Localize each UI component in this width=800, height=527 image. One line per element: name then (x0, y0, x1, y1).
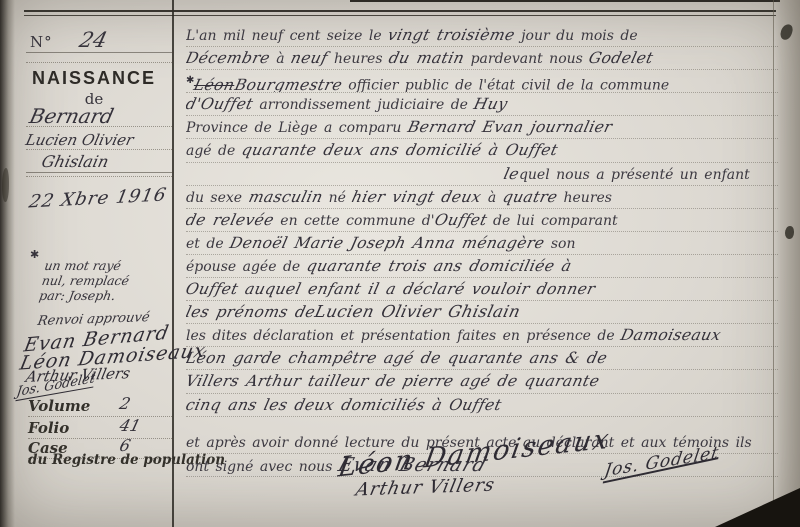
margin-date: 22 Xbre 1916 (27, 184, 168, 212)
rule (26, 126, 174, 127)
printed-text: du sexe (186, 190, 249, 206)
printed-text: et de (186, 236, 230, 252)
marginal-note-line: nul, remplacé (41, 273, 131, 288)
printed-text: en cette commune d' (274, 213, 435, 229)
marginal-note-line: un mot rayé (43, 258, 133, 273)
handwritten-text: les prénoms de (186, 301, 318, 323)
printed-text: son (544, 236, 575, 252)
printed-text: L'an mil neuf cent seize le (186, 28, 388, 44)
handwritten-text: Bernard Evan journalier (405, 116, 614, 138)
margin-column: N° 24 NAISSANCE de Bernard Lucien Olivie… (16, 0, 172, 527)
handwritten-text: Bourgmestre (232, 74, 344, 94)
printed-text: né (322, 190, 352, 206)
binding-shadow (0, 0, 15, 527)
handwritten-text: Damoiseaux (619, 324, 724, 346)
marginal-note: un mot rayé nul, remplacé par: Joseph. (38, 258, 133, 303)
printed-text: ont signé avec nous (186, 459, 339, 475)
printed-text: épouse agée de (186, 259, 307, 275)
act-line: Province de Liège a comparu Bernard Evan… (186, 116, 778, 139)
printed-text: agé de (186, 143, 242, 159)
printed-text: à (481, 190, 502, 206)
folio-label: Folio (28, 419, 69, 437)
rule (26, 172, 174, 173)
handwritten-text: quarante deux ans domicilié à Ouffet (239, 139, 560, 161)
printed-text: heures (328, 51, 389, 67)
handwritten-text: quatre (500, 186, 559, 208)
rule (26, 176, 174, 177)
printed-text: à (270, 51, 291, 67)
act-body: L'an mil neuf cent seize le vingt troisi… (186, 24, 778, 477)
rule (26, 52, 174, 53)
act-line: Villers Arthur tailleur de pierre agé de… (186, 370, 778, 393)
act-line: cinq ans les deux domiciliés à Ouffet (186, 394, 778, 417)
act-line: ✱Léon Bourgmestre officier public de l'é… (186, 70, 778, 93)
act-line: les prénoms de Lucien Olivier Ghislain (186, 301, 778, 324)
printed-text: les dites déclaration et présentation fa… (186, 328, 621, 344)
volume-value: 2 (118, 394, 133, 413)
printed-text: Province de Liège a comparu (186, 120, 408, 136)
marginal-note-line: par: Joseph. (38, 288, 128, 303)
handwritten-text: de relevée (186, 209, 276, 231)
act-line: de relevée en cette commune d'Ouffet de … (186, 209, 778, 232)
handwritten-text: Denoël Marie Joseph Anna ménagère (228, 232, 547, 254)
act-line: les dites déclaration et présentation fa… (186, 324, 778, 347)
handwritten-text: du matin (386, 47, 466, 69)
handwritten-text: hier vingt deux (350, 186, 484, 208)
printed-text: arrondissement judiciaire de (253, 97, 474, 113)
signature-villers: Arthur Villers (354, 474, 497, 500)
handwritten-text: d'Ouffet (186, 93, 256, 115)
child-forenames: Lucien Olivier (24, 131, 178, 149)
handwritten-text: neuf (289, 47, 331, 69)
ink-spot (2, 168, 9, 202)
rule (26, 62, 174, 63)
child-forenames-2: Ghislain (40, 152, 194, 171)
ink-spot (785, 226, 794, 239)
printed-text: jour du mois de (515, 28, 638, 44)
act-line: du sexe masculin né hier vingt deux à qu… (186, 186, 778, 209)
act-line: Ouffet auquel enfant il a déclaré vouloi… (186, 278, 778, 301)
folio-row: Folio 41 (28, 418, 174, 439)
handwritten-text: Godelet (587, 47, 656, 69)
handwritten-text: Décembre (186, 47, 272, 69)
volume-row: Volume 2 (28, 396, 174, 417)
printed-text: quel nous a présenté un enfant (519, 167, 750, 183)
act-type-title: NAISSANCE (16, 68, 172, 89)
act-line: Décembre à neuf heures du matin pardevan… (186, 47, 778, 70)
handwritten-text: Ouffet (432, 209, 489, 231)
act-line: d'Ouffet arrondissement judiciaire de Hu… (186, 93, 778, 116)
handwritten-text: Ouffet auquel enfant il a déclaré vouloi… (186, 278, 598, 300)
register-page: N° 24 NAISSANCE de Bernard Lucien Olivie… (0, 0, 800, 527)
act-line: Léon garde champêtre agé de quarante ans… (186, 347, 778, 370)
printed-text: heures (557, 190, 612, 206)
handwritten-text: Huy (472, 93, 511, 115)
child-surname: Bernard (27, 104, 183, 128)
rule (26, 149, 174, 150)
act-number-row: N° 24 (30, 28, 170, 52)
correction-mark-icon: ✱ (30, 248, 39, 261)
printed-text: de lui comparant (487, 213, 618, 229)
act-line: et de Denoël Marie Joseph Anna ménagère … (186, 232, 778, 255)
handwritten-text: masculin (246, 186, 325, 208)
act-line: agé de quarante deux ans domicilié à Ouf… (186, 139, 778, 162)
top-border-line (350, 0, 780, 2)
handwritten-text: Lucien Olivier Ghislain (313, 301, 523, 323)
folio-value: 41 (118, 416, 143, 435)
volume-label: Volume (28, 397, 90, 415)
act-number-value: 24 (77, 28, 110, 52)
printed-text: officier public de l'état civil de la co… (342, 78, 669, 94)
handwritten-text: vingt troisième (386, 24, 518, 46)
handwritten-text: quarante trois ans domiciliée à (304, 255, 574, 277)
handwritten-text: Villers Arthur tailleur de pierre agé de… (186, 370, 602, 392)
act-number-label: N° (30, 33, 53, 51)
handwritten-text: Léon (192, 74, 237, 94)
handwritten-text: Léon garde champêtre agé de quarante ans… (186, 347, 610, 369)
handwritten-text: cinq ans les deux domiciliés à Ouffet (186, 394, 504, 416)
act-line: le quel nous a présenté un enfant (186, 163, 778, 186)
act-line: L'an mil neuf cent seize le vingt troisi… (186, 24, 778, 47)
act-line: épouse agée de quarante trois ans domici… (186, 255, 778, 278)
printed-text: pardevant nous (464, 51, 589, 67)
